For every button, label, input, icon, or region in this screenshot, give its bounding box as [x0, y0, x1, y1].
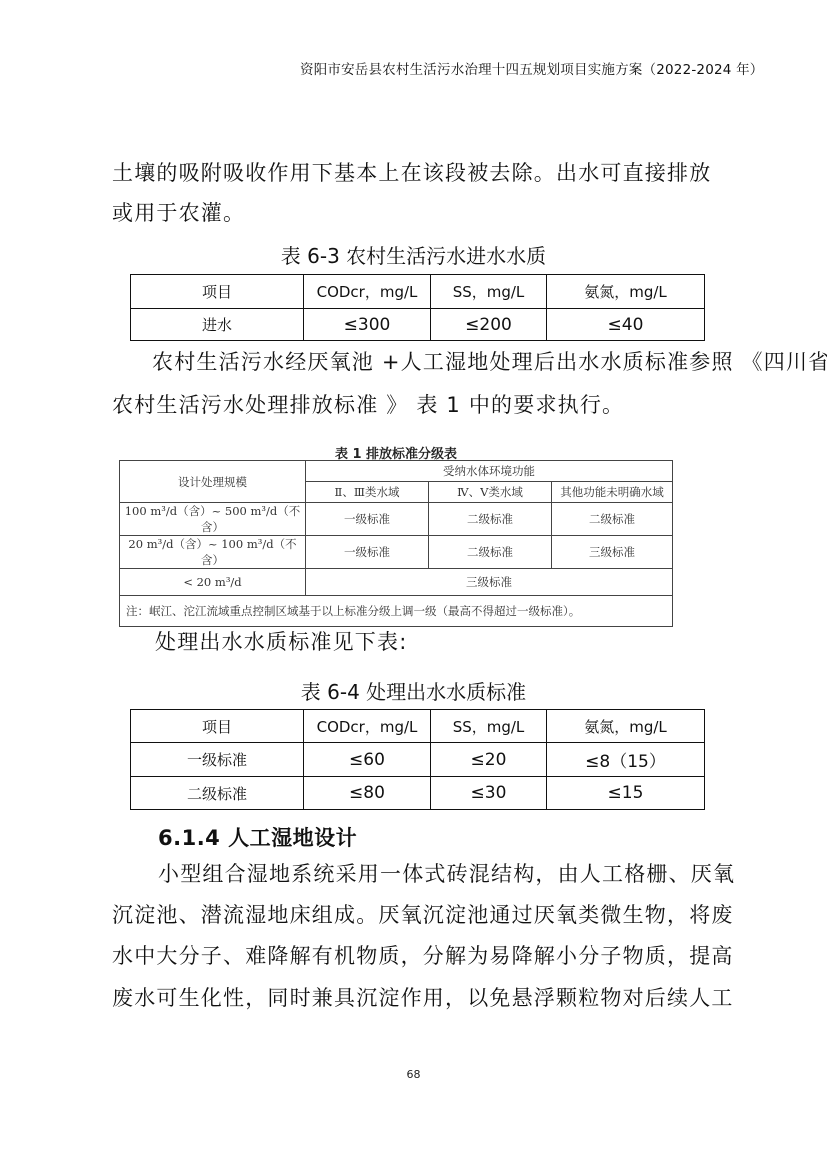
paragraph-line: 沉淀池、潜流湿地床组成。厌氧沉淀池通过厌氧类微生物，将废: [112, 905, 722, 926]
paragraph-line: 农村生活污水经厌氧池 +人工湿地处理后出水水质标准参照 《四川省: [152, 352, 762, 373]
sub-header: 其他功能未明确水域: [552, 482, 673, 503]
value-cell: 一级标准: [306, 503, 429, 536]
row-label: 进水: [131, 309, 304, 341]
table-header-row: 项目 CODcr，mg/L SS，mg/L 氨氮，mg/L: [131, 275, 705, 309]
table-row: 进水 ≤300 ≤200 ≤40: [131, 309, 705, 341]
header-cell: 氨氮，mg/L: [547, 275, 705, 309]
header-cell: 氨氮，mg/L: [547, 710, 705, 743]
scale-header: 设计处理规模: [120, 461, 306, 503]
row-label: 一级标准: [131, 743, 304, 777]
header-cell: CODcr，mg/L: [304, 710, 431, 743]
value-cell: ≤30: [431, 777, 547, 810]
value-cell: ≤80: [304, 777, 431, 810]
scale-cell: 100 m³/d（含）~ 500 m³/d（不含）: [120, 503, 306, 536]
value-cell: ≤40: [547, 309, 705, 341]
merged-value-cell: 三级标准: [306, 569, 673, 596]
header-cell: 项目: [131, 275, 304, 309]
header-cell: CODcr，mg/L: [304, 275, 431, 309]
value-cell: ≤8（15）: [547, 743, 705, 777]
value-cell: 三级标准: [552, 536, 673, 569]
running-header: 资阳市安岳县农村生活污水治理十四五规划项目实施方案（2022-2024 年）: [300, 58, 725, 78]
table-row: < 20 m³/d 三级标准: [120, 569, 673, 596]
table-6-4: 项目 CODcr，mg/L SS，mg/L 氨氮，mg/L 一级标准 ≤60 ≤…: [130, 709, 705, 810]
row-label: 二级标准: [131, 777, 304, 810]
value-cell: ≤20: [431, 743, 547, 777]
value-cell: ≤200: [431, 309, 547, 341]
section-heading: 6.1.4 人工湿地设计: [158, 822, 357, 852]
table-note-row: 注：岷江、沱江流域重点控制区域基于以上标准分级上调一级（最高不得超过一级标准）。: [120, 596, 673, 627]
paragraph-line: 水中大分子、难降解有机物质，分解为易降解小分子物质，提高: [112, 946, 722, 967]
scale-cell: 20 m³/d（含）~ 100 m³/d（不含）: [120, 536, 306, 569]
scale-cell: < 20 m³/d: [120, 569, 306, 596]
page-number: 68: [0, 1068, 827, 1081]
sub-header: Ⅱ、Ⅲ类水域: [306, 482, 429, 503]
table-row: 二级标准 ≤80 ≤30 ≤15: [131, 777, 705, 810]
table-row: 一级标准 ≤60 ≤20 ≤8（15）: [131, 743, 705, 777]
value-cell: 二级标准: [429, 536, 552, 569]
header-cell: SS，mg/L: [431, 710, 547, 743]
value-cell: ≤15: [547, 777, 705, 810]
table-6-4-caption: 表 6-4 处理出水水质标准: [0, 676, 827, 705]
table-6-3: 项目 CODcr，mg/L SS，mg/L 氨氮，mg/L 进水 ≤300 ≤2…: [130, 274, 705, 341]
table-header-row: 项目 CODcr，mg/L SS，mg/L 氨氮，mg/L: [131, 710, 705, 743]
value-cell: ≤300: [304, 309, 431, 341]
embedded-standard-table-image: 设计处理规模 受纳水体环境功能 Ⅱ、Ⅲ类水域 Ⅳ、Ⅴ类水域 其他功能未明确水域 …: [119, 460, 673, 627]
group-header: 受纳水体环境功能: [306, 461, 673, 482]
value-cell: 二级标准: [552, 503, 673, 536]
paragraph-line: 废水可生化性，同时兼具沉淀作用，以免悬浮颗粒物对后续人工: [112, 988, 722, 1009]
sub-header: Ⅳ、Ⅴ类水域: [429, 482, 552, 503]
table-row: 100 m³/d（含）~ 500 m³/d（不含） 一级标准 二级标准 二级标准: [120, 503, 673, 536]
table-6-3-caption: 表 6-3 农村生活污水进水水质: [0, 240, 827, 269]
paragraph-line: 或用于农灌。: [112, 203, 722, 224]
value-cell: ≤60: [304, 743, 431, 777]
table-row: 20 m³/d（含）~ 100 m³/d（不含） 一级标准 二级标准 三级标准: [120, 536, 673, 569]
paragraph-line: 处理出水水质标准见下表:: [155, 632, 765, 653]
header-cell: 项目: [131, 710, 304, 743]
table-note: 注：岷江、沱江流域重点控制区域基于以上标准分级上调一级（最高不得超过一级标准）。: [120, 596, 673, 627]
value-cell: 一级标准: [306, 536, 429, 569]
value-cell: 二级标准: [429, 503, 552, 536]
paragraph-line: 小型组合湿地系统采用一体式砖混结构，由人工格栅、厌氧: [158, 864, 768, 885]
header-cell: SS，mg/L: [431, 275, 547, 309]
paragraph-line: 农村生活污水处理排放标准 》 表 1 中的要求执行。: [112, 395, 722, 416]
paragraph-line: 土壤的吸附吸收作用下基本上在该段被去除。出水可直接排放: [112, 163, 722, 184]
